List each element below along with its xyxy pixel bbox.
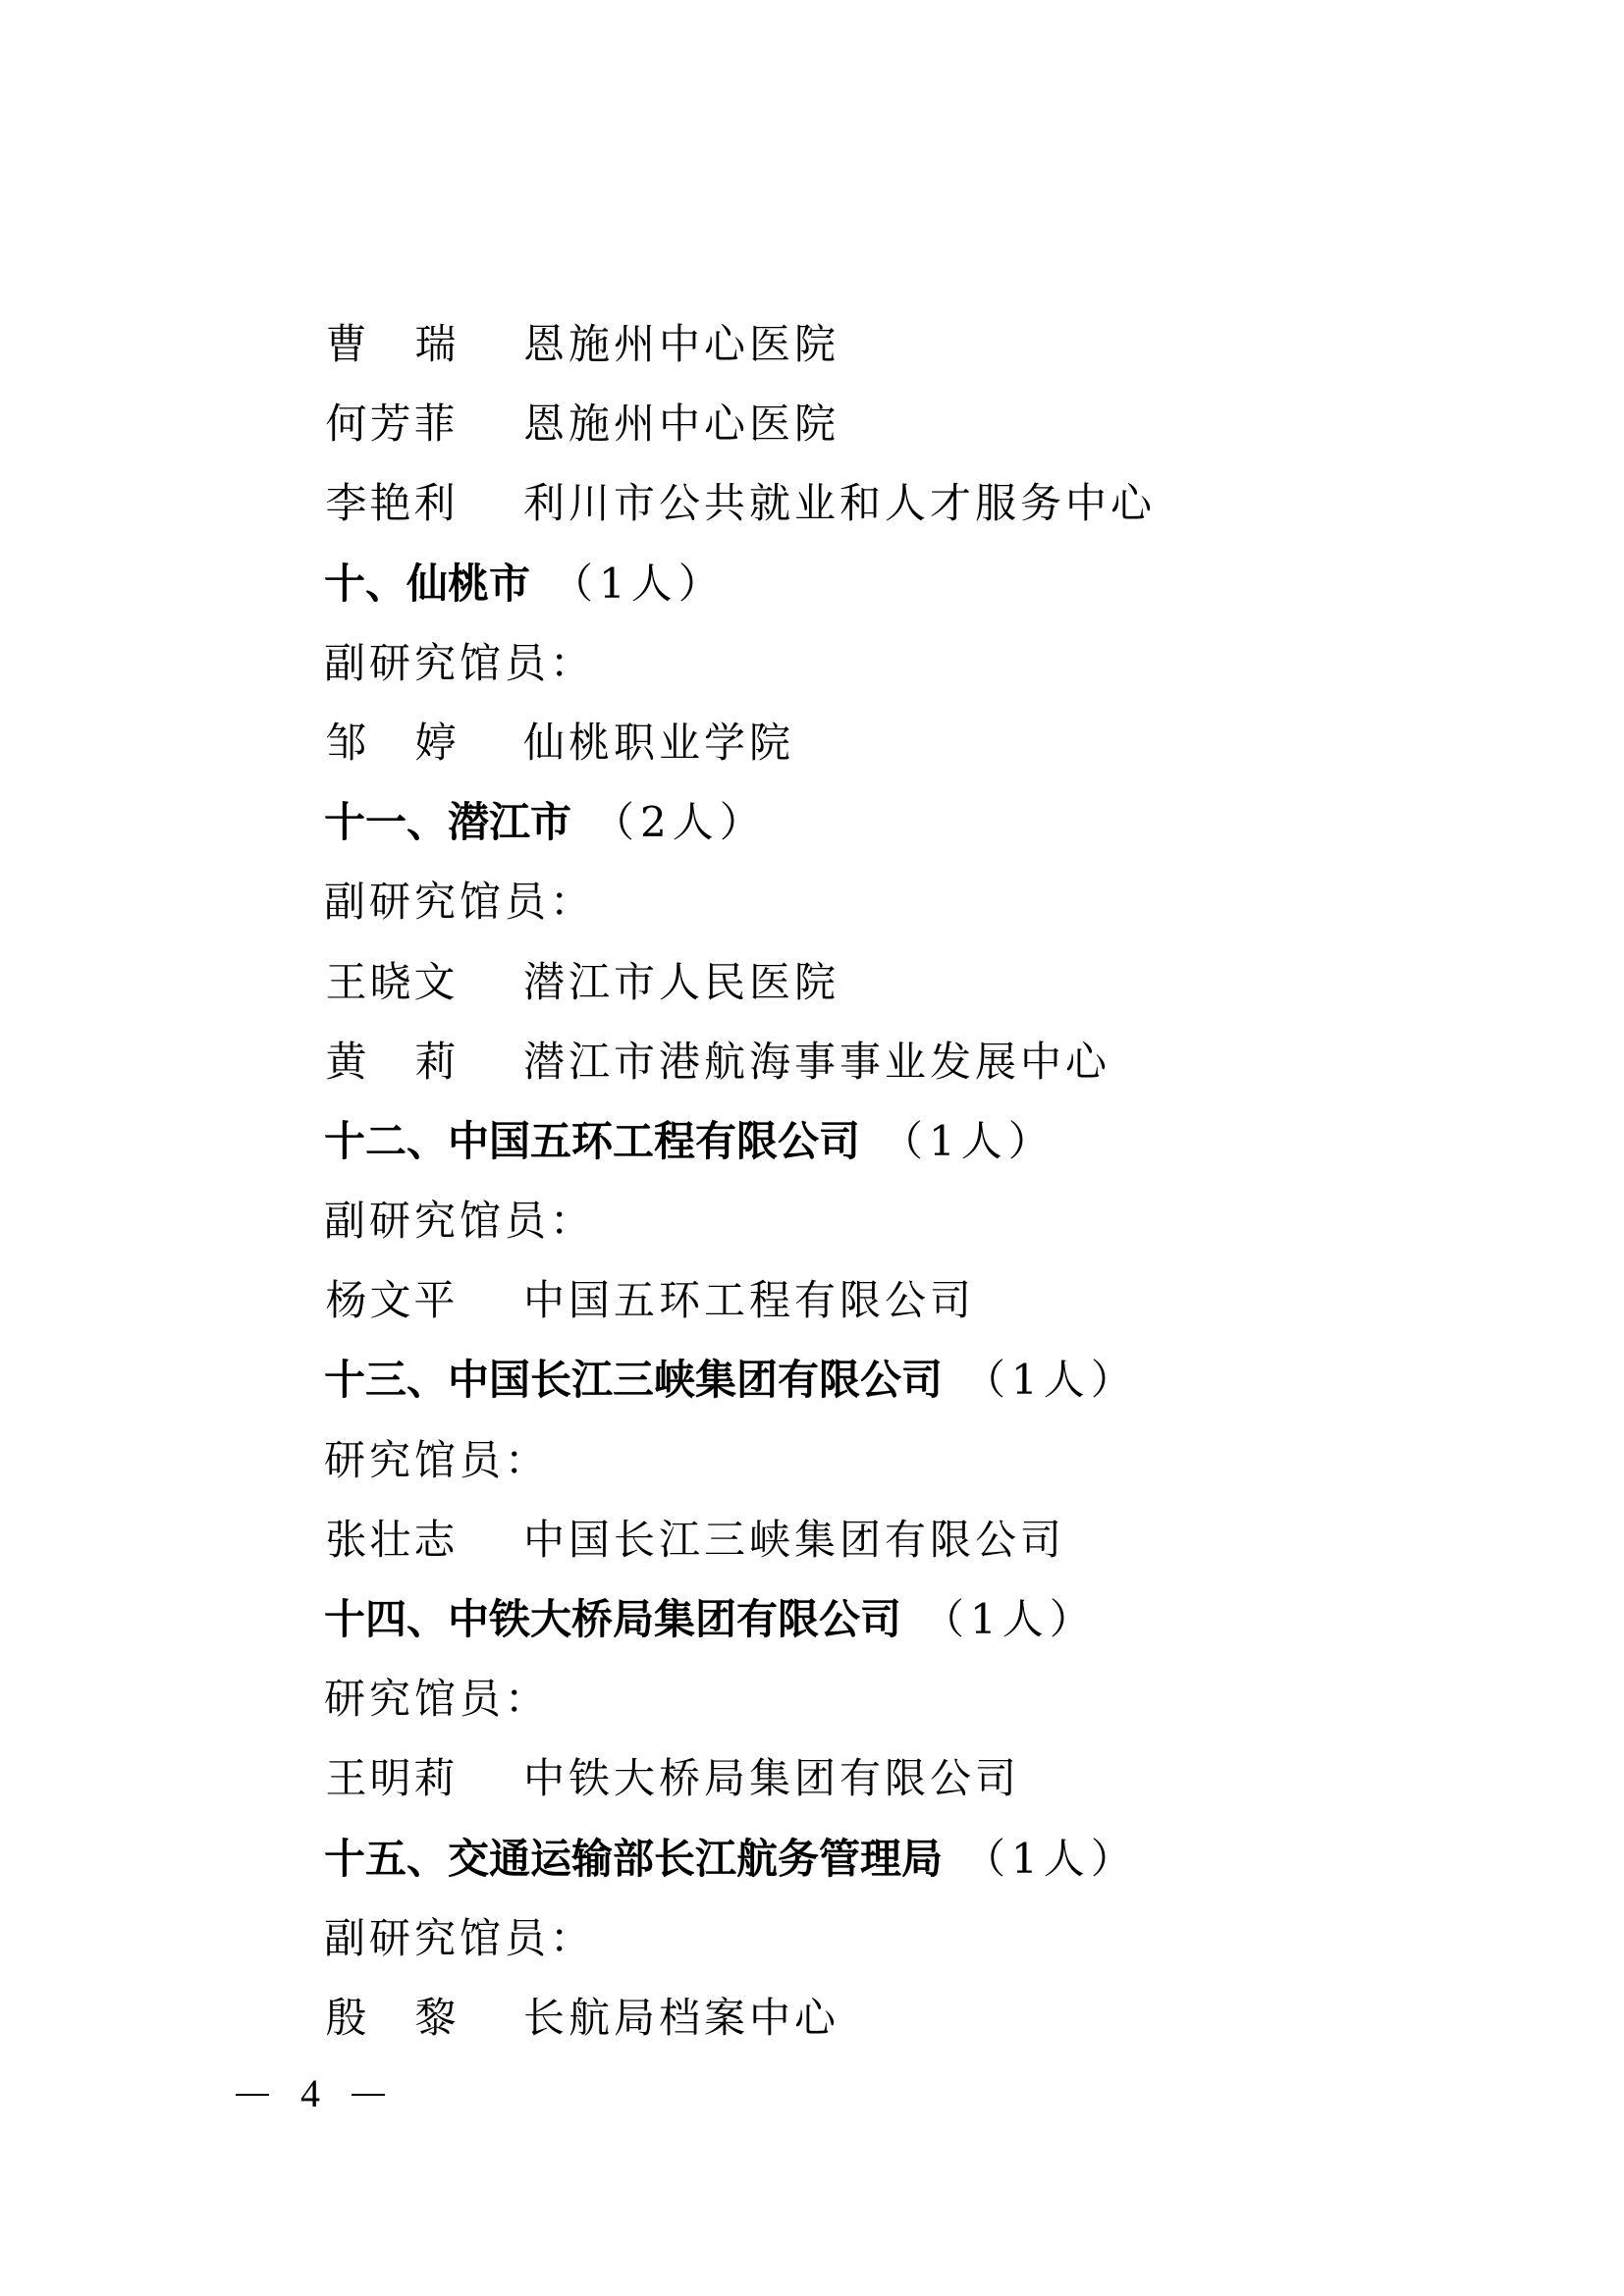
person-name: 王晓文 [324, 942, 523, 1022]
section-headcount: （1人） [964, 1835, 1138, 1883]
person-name: 曹瑞 [324, 304, 523, 384]
person-name-char: 利 [412, 463, 457, 543]
person-entry: 邹婷仙桃职业学院 [324, 703, 1404, 782]
organization-name: 中国五环工程有限公司 [523, 1276, 975, 1324]
section-heading-title: 十三、中国长江三峡集团有限公司 [324, 1356, 943, 1404]
page-number-footer: 4 [236, 2069, 385, 2118]
left-dash [236, 2094, 269, 2096]
person-name-char: 王 [324, 1738, 368, 1818]
person-name: 王明莉 [324, 1738, 523, 1818]
person-entry: 何芳菲恩施州中心医院 [324, 384, 1404, 463]
section-heading: 十一、潜江市（2人） [324, 782, 1404, 862]
person-name: 邹婷 [324, 703, 523, 782]
organization-name: 潜江市人民医院 [523, 958, 839, 1006]
person-name-char: 瑞 [413, 304, 458, 384]
person-name-char: 平 [412, 1260, 457, 1340]
person-name: 杨文平 [324, 1260, 523, 1340]
document-page: 曹瑞恩施州中心医院何芳菲恩施州中心医院李艳利利川市公共就业和人才服务中心十、仙桃… [0, 0, 1624, 2296]
rank-title-label: 副研究馆员： [324, 1898, 1404, 1978]
page-number: 4 [300, 2069, 320, 2118]
person-name: 殷黎 [324, 1978, 523, 2057]
organization-name: 中国长江三峡集团有限公司 [523, 1516, 1065, 1564]
section-heading-title: 十一、潜江市 [324, 798, 571, 846]
section-headcount: （1人） [552, 560, 726, 608]
person-name-char: 芳 [368, 384, 412, 463]
section-heading: 十五、交通运输部长江航务管理局（1人） [324, 1819, 1404, 1898]
person-name-char: 志 [412, 1500, 457, 1579]
section-heading-title: 十五、交通运输部长江航务管理局 [324, 1835, 943, 1883]
person-name-char: 艳 [368, 463, 412, 543]
section-heading: 十四、中铁大桥局集团有限公司（1人） [324, 1579, 1404, 1659]
organization-name: 中铁大桥局集团有限公司 [523, 1754, 1020, 1802]
section-headcount: （1人） [882, 1117, 1056, 1165]
person-name-char: 王 [324, 942, 368, 1022]
person-name-char: 曹 [324, 304, 368, 384]
person-entry: 张壮志中国长江三峡集团有限公司 [324, 1500, 1404, 1579]
person-name-char: 晓 [368, 942, 412, 1022]
person-name-char: 壮 [368, 1500, 412, 1579]
person-name-char: 菲 [412, 384, 457, 463]
person-name-char: 邹 [324, 703, 368, 782]
person-name-char: 李 [324, 463, 368, 543]
person-name: 张壮志 [324, 1500, 523, 1579]
person-name-char: 文 [368, 1260, 412, 1340]
section-heading: 十、仙桃市（1人） [324, 544, 1404, 623]
section-heading: 十二、中国五环工程有限公司（1人） [324, 1101, 1404, 1181]
person-entry: 殷黎长航局档案中心 [324, 1978, 1404, 2057]
person-name-char: 莉 [413, 1022, 458, 1101]
person-name-char: 文 [412, 942, 457, 1022]
person-entry: 杨文平中国五环工程有限公司 [324, 1260, 1404, 1340]
person-name-char: 黄 [324, 1022, 368, 1101]
person-entry: 王晓文潜江市人民医院 [324, 942, 1404, 1022]
person-name-char: 张 [324, 1500, 368, 1579]
organization-name: 恩施州中心医院 [523, 320, 839, 368]
organization-name: 仙桃职业学院 [523, 719, 794, 767]
section-heading-title: 十二、中国五环工程有限公司 [324, 1117, 860, 1165]
person-entry: 王明莉中铁大桥局集团有限公司 [324, 1738, 1404, 1818]
person-name-char: 何 [324, 384, 368, 463]
organization-name: 长航局档案中心 [523, 1994, 839, 2042]
section-headcount: （2人） [593, 798, 767, 846]
rank-title-label: 副研究馆员： [324, 1181, 1404, 1260]
person-name: 黄莉 [324, 1022, 523, 1101]
person-entry: 曹瑞恩施州中心医院 [324, 304, 1404, 384]
rank-title-label: 副研究馆员： [324, 623, 1404, 703]
rank-title-label: 研究馆员： [324, 1420, 1404, 1500]
person-name-char: 杨 [324, 1260, 368, 1340]
person-name-char: 莉 [412, 1738, 457, 1818]
person-name: 何芳菲 [324, 384, 523, 463]
section-heading: 十三、中国长江三峡集团有限公司（1人） [324, 1340, 1404, 1419]
section-headcount: （1人） [923, 1595, 1097, 1643]
right-dash [352, 2094, 385, 2096]
person-name-char: 黎 [413, 1978, 458, 2057]
person-name-char: 殷 [324, 1978, 368, 2057]
person-entry: 黄莉潜江市港航海事事业发展中心 [324, 1022, 1404, 1101]
organization-name: 潜江市港航海事事业发展中心 [523, 1038, 1110, 1086]
organization-name: 利川市公共就业和人才服务中心 [523, 479, 1156, 527]
person-name-char: 明 [368, 1738, 412, 1818]
section-heading-title: 十、仙桃市 [324, 560, 530, 608]
person-name: 李艳利 [324, 463, 523, 543]
rank-title-label: 副研究馆员： [324, 862, 1404, 941]
person-entry: 李艳利利川市公共就业和人才服务中心 [324, 463, 1404, 543]
document-body: 曹瑞恩施州中心医院何芳菲恩施州中心医院李艳利利川市公共就业和人才服务中心十、仙桃… [324, 304, 1404, 2057]
organization-name: 恩施州中心医院 [523, 400, 839, 448]
section-heading-title: 十四、中铁大桥局集团有限公司 [324, 1595, 901, 1643]
rank-title-label: 研究馆员： [324, 1659, 1404, 1738]
section-headcount: （1人） [964, 1356, 1138, 1404]
person-name-char: 婷 [413, 703, 458, 782]
